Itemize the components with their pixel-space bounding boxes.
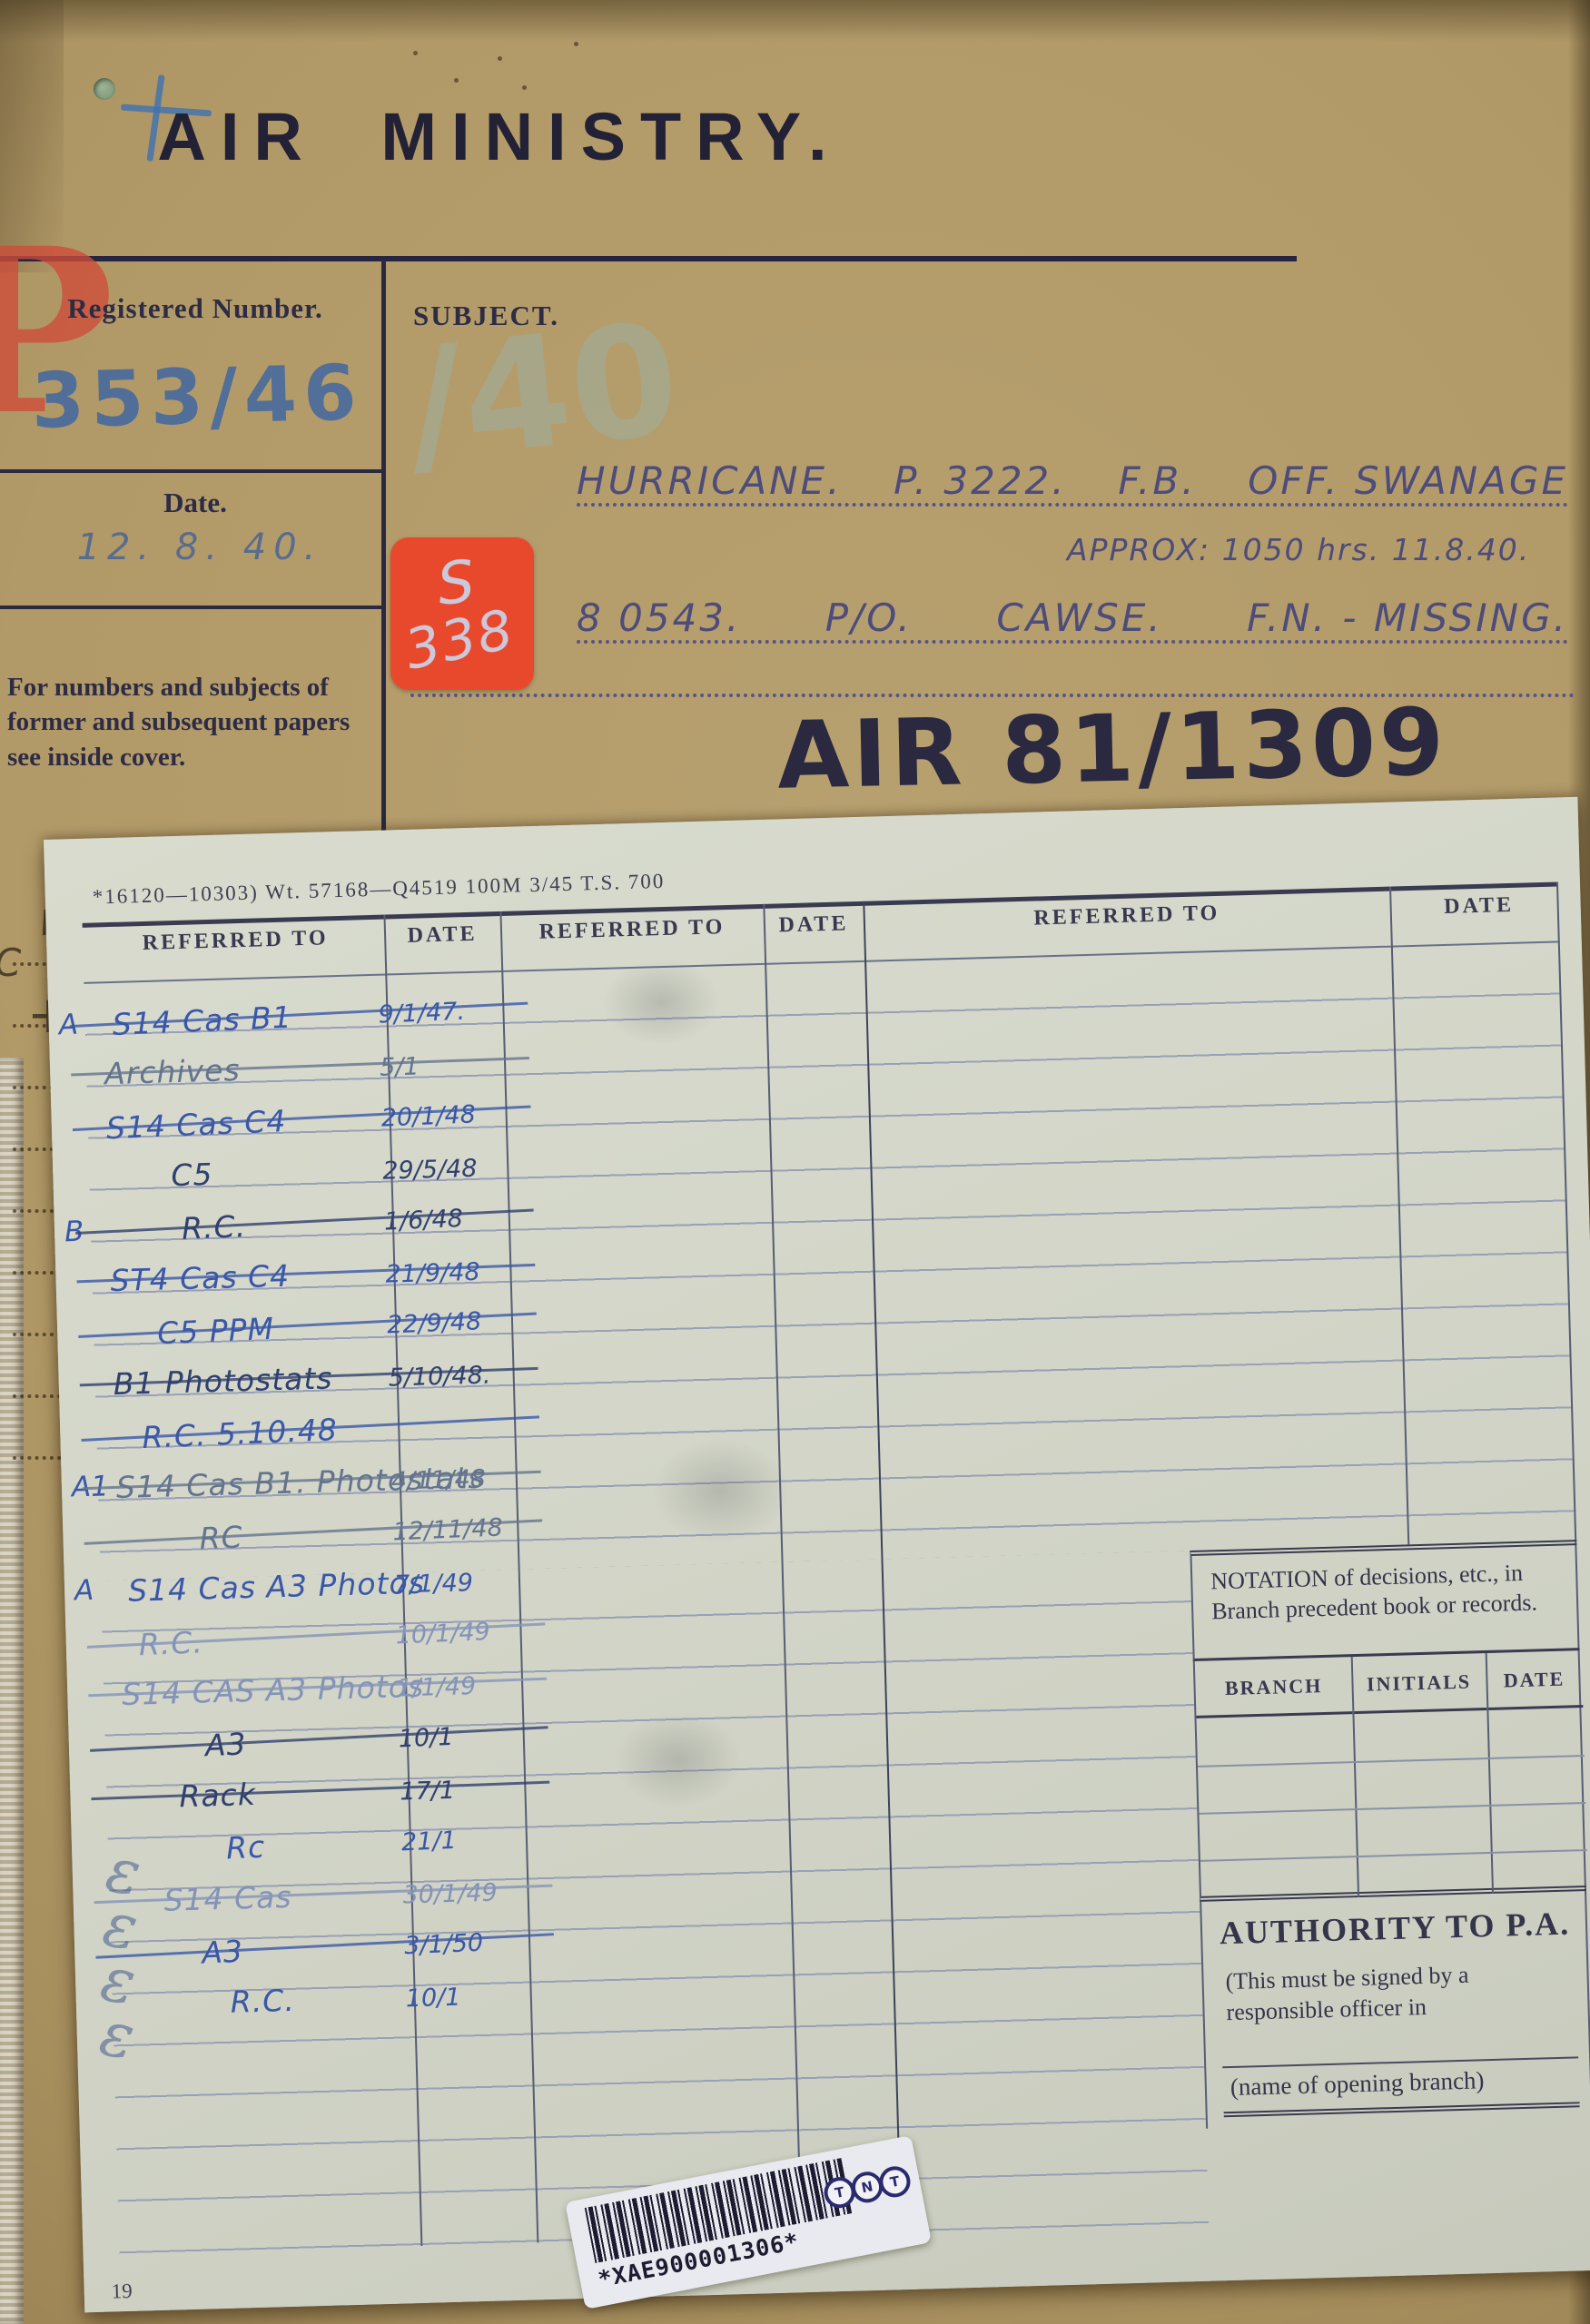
subject-rank: P/O.: [825, 596, 913, 640]
initials-column-header: INITIALS: [1351, 1653, 1487, 1714]
header-rule: [0, 256, 1297, 261]
paper-speck: [574, 42, 578, 46]
signature-line: [1222, 2056, 1578, 2068]
entry-date: 5/1: [380, 1053, 420, 1082]
entry-date: 1/1/49: [397, 1672, 477, 1702]
entry-date: 21/1: [400, 1827, 457, 1857]
column-header: DATE: [1444, 893, 1515, 920]
date-column-header: DATE: [1486, 1650, 1584, 1710]
subject-line-1: HURRICANE. P. 3222. F.B. OFF. SWANAGE: [577, 445, 1568, 507]
entry-referred-to: S14 Cas A3 Photos: [128, 1565, 426, 1609]
entry-referred-to: C5: [171, 1157, 213, 1193]
subject-location: OFF. SWANAGE: [1248, 458, 1568, 503]
subject-status: F.N. - MISSING.: [1247, 596, 1568, 640]
column-divider: [381, 260, 386, 850]
entry-referred-to: S14 CAS A3 Photos: [122, 1669, 425, 1712]
tnt-logo-letter: T: [877, 2163, 914, 2200]
column-header: REFERRED TO: [142, 926, 329, 956]
minute-sheet: *16120—10303) Wt. 57168—Q4519 100M 3/45 …: [44, 797, 1590, 2313]
notation-box: NOTATION of decisions, etc., in Branch p…: [1190, 1540, 1579, 1661]
entry-date: 10/1: [398, 1723, 454, 1754]
branch-column-header: BRANCH: [1195, 1657, 1353, 1718]
date-label: Date.: [36, 487, 354, 519]
subject-line-3: 8 0543. P/O. CAWSE. F.N. - MISSING.: [577, 586, 1568, 644]
entry-date: 5/10/48.: [388, 1361, 490, 1392]
subject-code: F.B.: [1118, 458, 1196, 503]
entry-date: 20/1/48: [380, 1100, 476, 1132]
document-scan: AIR MINISTRY. P Registered Number. 353/4…: [0, 0, 1590, 2324]
binding-cloth-edge: [0, 1058, 24, 2324]
authority-footer: (name of opening branch): [1230, 2066, 1484, 2102]
column-header: DATE: [778, 911, 849, 938]
date-value: 12. 8. 40.: [54, 527, 345, 568]
strike-through-line: [95, 1933, 554, 1959]
registered-number-value: 353/46: [19, 348, 375, 446]
entry-date: 30/1/49: [402, 1879, 498, 1910]
paper-speck: [413, 51, 418, 55]
authority-text: (This must be signed by a responsible of…: [1225, 1957, 1563, 2028]
authority-bottom-rule: [1224, 2102, 1580, 2117]
cover-note: For numbers and subjects of former and s…: [7, 670, 370, 774]
entry-date: 21/9/48: [385, 1258, 480, 1289]
registered-number-label: Registered Number.: [36, 292, 354, 325]
entry-referred-to: Rc: [225, 1829, 266, 1866]
column-header: REFERRED TO: [1033, 901, 1220, 931]
entry-date: 29/5/48: [382, 1155, 478, 1186]
entry-date: 7/1/49: [394, 1569, 474, 1599]
punch-hole: [94, 78, 115, 100]
form-print-code: *16120—10303) Wt. 57168—Q4519 100M 3/45 …: [92, 870, 665, 910]
entry-date: 22/9/48: [387, 1307, 482, 1339]
entry-margin-mark: A: [74, 1574, 94, 1608]
entry-date: 10/1: [405, 1984, 460, 2014]
entry-date: 3/1/50: [404, 1929, 484, 1961]
paper-speck: [498, 56, 502, 61]
entry-date: 1/6/48: [383, 1205, 463, 1236]
strike-through-line: [91, 1781, 549, 1801]
left-box-divider: [0, 606, 381, 609]
entry-date: 12/11/48: [392, 1513, 503, 1546]
entry-date: 9/1/47.: [378, 998, 466, 1029]
card-top-edge: [0, 0, 1590, 42]
subject-serial: P. 3222.: [894, 458, 1066, 503]
subject-name: CAWSE.: [996, 596, 1162, 640]
left-box-divider: [0, 469, 381, 473]
entry-date: 4/11/48: [390, 1465, 486, 1496]
entry-date: 10/1/49: [395, 1618, 490, 1649]
document-title: AIR MINISTRY.: [0, 98, 999, 175]
branch-table-row-line: [1198, 1755, 1585, 1768]
strike-through-line: [90, 1726, 548, 1752]
entry-referred-to: R.C.: [230, 1983, 295, 2020]
strike-through-line: [75, 1208, 534, 1235]
page-number: 19: [111, 2280, 133, 2304]
subject-aircraft: HURRICANE.: [577, 458, 842, 503]
authority-box: AUTHORITY TO P.A. (This must be signed b…: [1200, 1891, 1590, 2129]
paper-speck: [522, 85, 527, 90]
entry-date: 17/1: [400, 1777, 455, 1807]
authority-title: AUTHORITY TO P.A.: [1202, 1904, 1588, 1953]
column-header: REFERRED TO: [538, 915, 726, 945]
file-reference: AIR 81/1309: [776, 688, 1448, 810]
branch-table-row-line: [1199, 1802, 1585, 1816]
paper-speck: [454, 78, 459, 83]
subject-line-2: APPROX: 1050 hrs. 11.8.40.: [1067, 532, 1566, 567]
column-header: DATE: [407, 922, 478, 949]
subject-service-number: 8 0543.: [577, 596, 741, 640]
red-section-sticker: S 338: [390, 537, 534, 690]
sticker-number: 338: [400, 597, 519, 683]
branch-table: BRANCH INITIALS DATE: [1193, 1650, 1586, 1902]
branch-table-row-line: [1200, 1849, 1587, 1863]
